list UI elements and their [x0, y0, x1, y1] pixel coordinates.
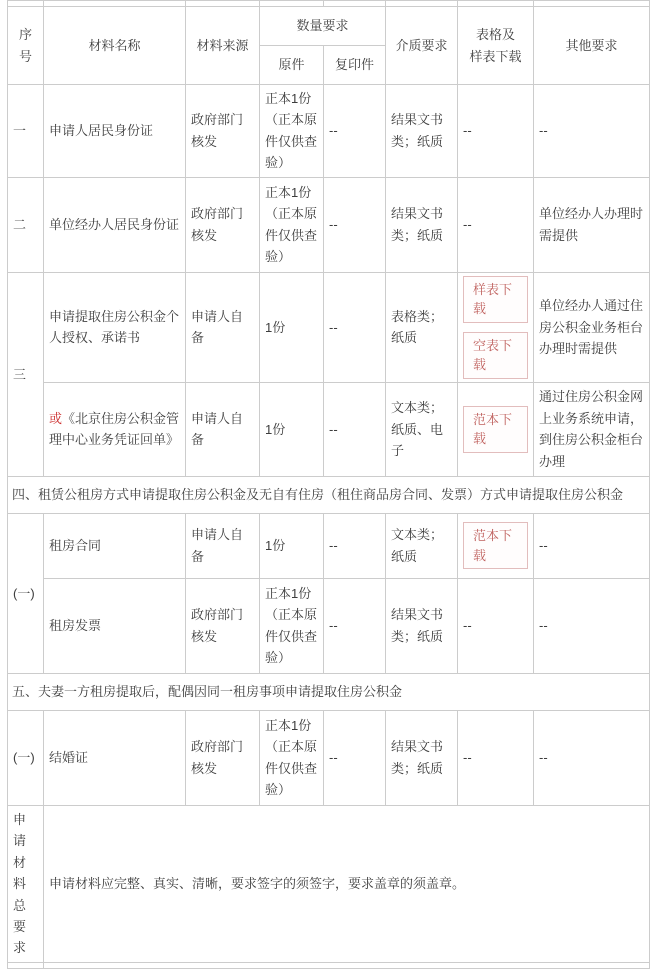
cell-medium: 文本类；纸质 — [386, 513, 458, 578]
section-4-title: 四、租赁公租房方式申请提取住房公积金及无自有住房（租住商品房合同、发票）方式申请… — [8, 476, 650, 513]
cell-download: 范本下载 — [458, 382, 534, 476]
cell-serial: (一) — [8, 710, 44, 805]
cell-other: 通过住房公积金网上业务系统申请，到住房公积金柜台办理 — [534, 382, 650, 476]
cell-download: -- — [458, 177, 534, 272]
header-download-line2: 样表下载 — [463, 46, 528, 67]
cell-medium: 文本类；纸质、电子 — [386, 382, 458, 476]
or-prefix: 或 — [49, 411, 62, 426]
sample-form-download-button[interactable]: 样表下载 — [463, 276, 528, 323]
template-download-button[interactable]: 范本下载 — [463, 406, 528, 453]
cell-serial: 二 — [8, 177, 44, 272]
cell-original: 正本1份 （正本原件仅供查验） — [260, 578, 324, 673]
cell-material-name: 申请提取住房公积金个人授权、承诺书 — [44, 272, 186, 382]
cell-download: -- — [458, 710, 534, 805]
cell-original: 正本1份 （正本原件仅供查验） — [260, 710, 324, 805]
header-medium: 介质要求 — [386, 7, 458, 85]
cell-material-name: 申请人居民身份证 — [44, 85, 186, 178]
table-row: (一) 租房合同 申请人自备 1份 -- 文本类；纸质 范本下载 -- — [8, 513, 650, 578]
cell-material-name: 租房发票 — [44, 578, 186, 673]
cell-material-name: 单位经办人居民身份证 — [44, 177, 186, 272]
cell-medium: 结果文书类；纸质 — [386, 177, 458, 272]
cell-download: -- — [458, 578, 534, 673]
cell-material-name: 结婚证 — [44, 710, 186, 805]
cell-serial: (一) — [8, 513, 44, 673]
cell-original: 正本1份 （正本原件仅供查验） — [260, 85, 324, 178]
cell-copy: -- — [324, 382, 386, 476]
cell-copy: -- — [324, 578, 386, 673]
cell-medium: 结果文书类；纸质 — [386, 85, 458, 178]
cropped-row-bottom — [8, 962, 650, 968]
cell-copy: -- — [324, 272, 386, 382]
cell-other: 单位经办人通过住房公积金业务柜台办理时需提供 — [534, 272, 650, 382]
header-download: 表格及 样表下载 — [458, 7, 534, 85]
cropped-cell — [44, 962, 650, 968]
cell-material-source: 申请人自备 — [186, 382, 260, 476]
cell-serial: 一 — [8, 85, 44, 178]
cell-original: 1份 — [260, 513, 324, 578]
cell-other: -- — [534, 710, 650, 805]
material-name-text: 《北京住房公积金管理中心业务凭证回单》 — [49, 411, 179, 447]
cell-material-source: 申请人自备 — [186, 513, 260, 578]
cell-other: -- — [534, 85, 650, 178]
header-original: 原件 — [260, 46, 324, 85]
cell-copy: -- — [324, 177, 386, 272]
section-header-row: 五、夫妻一方租房提取后，配偶因同一租房事项申请提取住房公积金 — [8, 673, 650, 710]
cell-download: 样表下载 空表下载 — [458, 272, 534, 382]
cell-original: 1份 — [260, 382, 324, 476]
cell-download: -- — [458, 85, 534, 178]
cell-material-source: 政府部门核发 — [186, 578, 260, 673]
cell-copy: -- — [324, 710, 386, 805]
header-other: 其他要求 — [534, 7, 650, 85]
table-row: 三 申请提取住房公积金个人授权、承诺书 申请人自备 1份 -- 表格类；纸质 样… — [8, 272, 650, 382]
header-download-line1: 表格及 — [463, 24, 528, 45]
table-row: 二 单位经办人居民身份证 政府部门核发 正本1份 （正本原件仅供查验） -- 结… — [8, 177, 650, 272]
header-material-name: 材料名称 — [44, 7, 186, 85]
cell-material-source: 政府部门核发 — [186, 85, 260, 178]
summary-label: 申请材料总要求 — [8, 805, 44, 962]
header-serial: 序号 — [8, 7, 44, 85]
cell-material-source: 政府部门核发 — [186, 177, 260, 272]
summary-row: 申请材料总要求 申请材料应完整、真实、清晰，要求签字的须签字，要求盖章的须盖章。 — [8, 805, 650, 962]
section-header-row: 四、租赁公租房方式申请提取住房公积金及无自有住房（租住商品房合同、发票）方式申请… — [8, 476, 650, 513]
header-material-source: 材料来源 — [186, 7, 260, 85]
cell-copy: -- — [324, 513, 386, 578]
cell-original: 1份 — [260, 272, 324, 382]
cell-material-name: 或《北京住房公积金管理中心业务凭证回单》 — [44, 382, 186, 476]
cell-other: -- — [534, 513, 650, 578]
cell-serial: 三 — [8, 272, 44, 476]
header-row-1: 序号 材料名称 材料来源 数量要求 介质要求 表格及 样表下载 其他要求 — [8, 7, 650, 46]
cell-material-source: 申请人自备 — [186, 272, 260, 382]
cell-medium: 结果文书类；纸质 — [386, 578, 458, 673]
cell-medium: 结果文书类；纸质 — [386, 710, 458, 805]
cell-copy: -- — [324, 85, 386, 178]
cell-other: 单位经办人办理时需提供 — [534, 177, 650, 272]
materials-table: 序号 材料名称 材料来源 数量要求 介质要求 表格及 样表下载 其他要求 原件 … — [7, 0, 650, 969]
cell-other: -- — [534, 578, 650, 673]
table-row: 租房发票 政府部门核发 正本1份 （正本原件仅供查验） -- 结果文书类；纸质 … — [8, 578, 650, 673]
template-download-button[interactable]: 范本下载 — [463, 522, 528, 569]
cell-download: 范本下载 — [458, 513, 534, 578]
cell-medium: 表格类；纸质 — [386, 272, 458, 382]
table-row: 一 申请人居民身份证 政府部门核发 正本1份 （正本原件仅供查验） -- 结果文… — [8, 85, 650, 178]
table-row: (一) 结婚证 政府部门核发 正本1份 （正本原件仅供查验） -- 结果文书类；… — [8, 710, 650, 805]
cell-material-source: 政府部门核发 — [186, 710, 260, 805]
summary-note: 申请材料应完整、真实、清晰，要求签字的须签字，要求盖章的须盖章。 — [44, 805, 650, 962]
header-quantity: 数量要求 — [260, 7, 386, 46]
cell-original: 正本1份 （正本原件仅供查验） — [260, 177, 324, 272]
cell-material-name: 租房合同 — [44, 513, 186, 578]
section-5-title: 五、夫妻一方租房提取后，配偶因同一租房事项申请提取住房公积金 — [8, 673, 650, 710]
header-copy: 复印件 — [324, 46, 386, 85]
cropped-cell — [8, 962, 44, 968]
table-row: 或《北京住房公积金管理中心业务凭证回单》 申请人自备 1份 -- 文本类；纸质、… — [8, 382, 650, 476]
materials-requirement-page: 序号 材料名称 材料来源 数量要求 介质要求 表格及 样表下载 其他要求 原件 … — [0, 0, 656, 969]
blank-form-download-button[interactable]: 空表下载 — [463, 332, 528, 379]
